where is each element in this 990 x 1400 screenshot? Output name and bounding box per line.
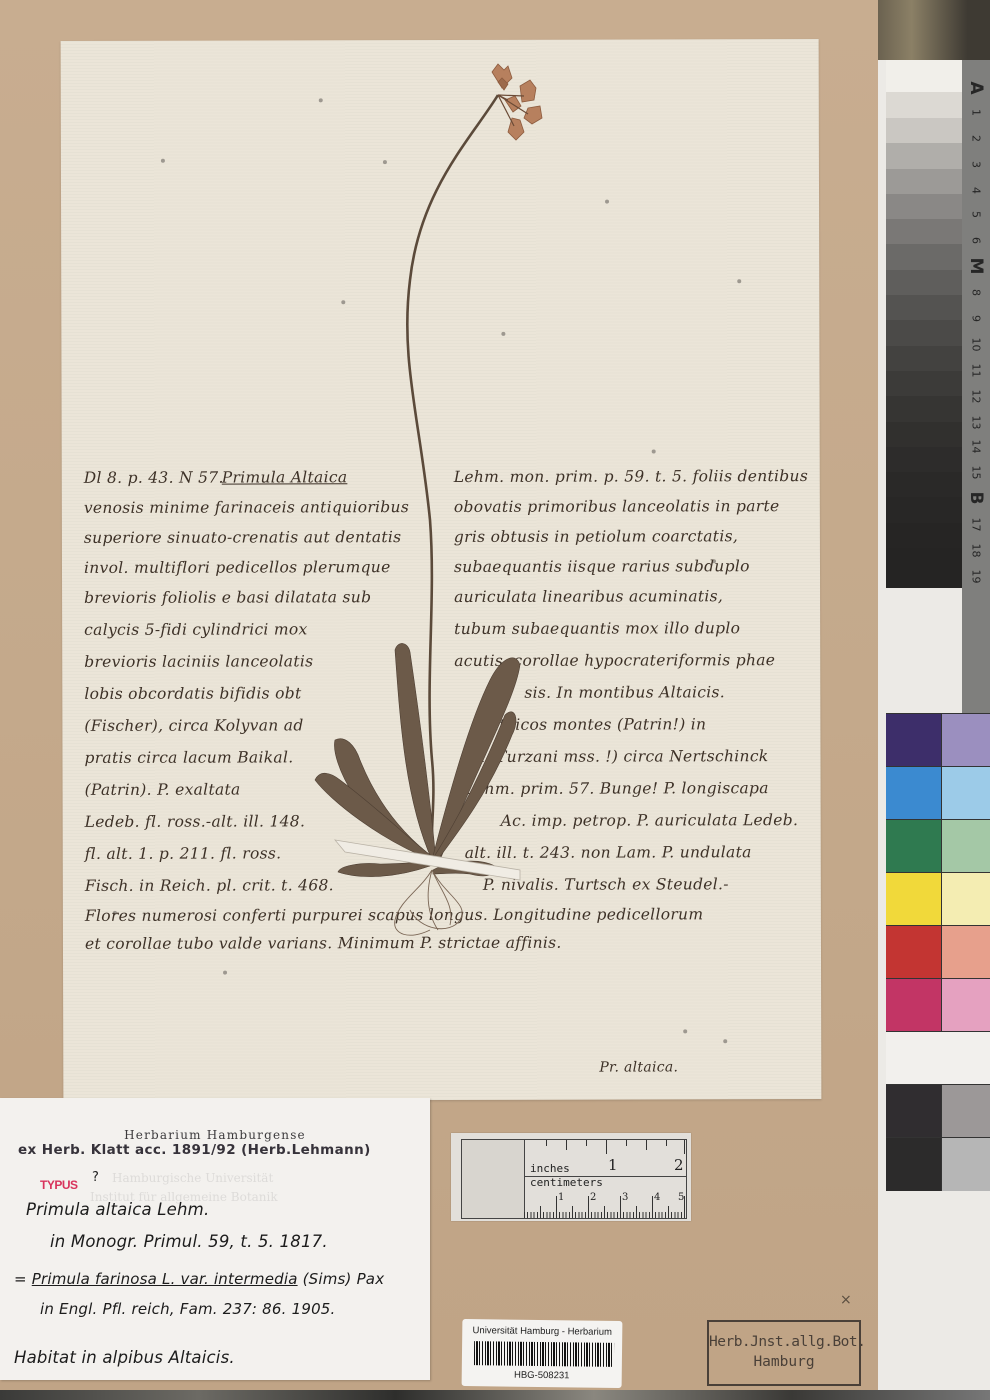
speck [341, 300, 345, 304]
handwritten-line: Dl 8. p. 43. N 57. [84, 469, 224, 487]
color-calibration-chart: A 1 2 3 4 5 6 M 8 9 10 11 12 13 14 15 B … [878, 60, 990, 1390]
handwritten-line: invol. multiflori pedicellos plerumque [84, 558, 391, 577]
handwritten-line: subaequantis iisque rarius subduplo [454, 557, 750, 576]
habitat-line: Habitat in alpibus Altaicis. [14, 1348, 235, 1367]
taxon-annotation: Pr. altaica. [599, 1059, 678, 1075]
handwritten-line: Fisch. in Reich. pl. crit. t. 468. [85, 876, 334, 895]
stamp-line-1: Herb.Jnst.allg.Bot. [709, 1332, 859, 1352]
scale-label: 11 [970, 357, 983, 385]
grey-patch [886, 169, 962, 194]
grey-patch [886, 497, 962, 522]
type-stamp: TYPUS [40, 1178, 78, 1192]
grey-patch [886, 60, 962, 92]
handwritten-line: P. nivalis. Turtsch ex Steudel.- [483, 875, 729, 894]
speck [652, 449, 656, 453]
inch-mark: 2 [674, 1156, 684, 1174]
handwritten-line: Ledeb. fl. ross.-alt. ill. 148. [85, 812, 306, 831]
herbarium-label: Herbarium Hamburgense ex Herb. Klatt acc… [0, 1098, 430, 1380]
handwritten-publication: in Monogr. Primul. 59, t. 5. 1817. [50, 1232, 328, 1251]
cm-mark: 1 [558, 1192, 564, 1203]
speck [683, 1029, 687, 1033]
cm-mark: 4 [654, 1192, 660, 1203]
handwritten-line: alt. ill. t. 243. non Lam. P. undulata [465, 843, 752, 862]
handwritten-line: venosis minime farinaceis antiquioribus [84, 498, 409, 517]
handwritten-line: (el. Turzani mss. !) circa Nertschinck [464, 747, 768, 766]
speck [223, 971, 227, 975]
handwritten-line: Flores numerosi conferti purpurei scapus… [85, 905, 703, 925]
synonym-name: Primula farinosa L. var. intermedia [32, 1270, 298, 1288]
handwritten-line: obovatis primoribus lanceolatis in parte [454, 497, 780, 516]
handwritten-line: et corollae tubo valde varians. Minimum … [85, 934, 562, 953]
handwritten-line: superiore sinuato-crenatis aut dentatis [84, 528, 402, 547]
color-patch-yellow [886, 872, 990, 926]
scale-label: 5 [970, 201, 983, 229]
color-patch-red [886, 925, 990, 979]
measurement-ruler: inches centimeters 1 2 1 2 3 4 5 [451, 1133, 691, 1221]
scale-label: 15 [970, 459, 983, 487]
handwritten-taxon-title: Primula Altaica [222, 468, 348, 486]
scale-label: 3 [970, 151, 983, 179]
scale-label: 1 [970, 99, 983, 127]
synonym-author: (Sims) Pax [303, 1270, 385, 1288]
barcode-institution: Universität Hamburg - Herbarium [462, 1325, 622, 1338]
grey-patch [886, 92, 962, 118]
speck [501, 332, 505, 336]
scale-label: 12 [970, 383, 983, 411]
faded-stamp-line: Hamburgische Universität [112, 1171, 273, 1185]
grey-patch [886, 548, 962, 588]
cm-mark: 3 [622, 1192, 628, 1203]
grey-patch [886, 396, 962, 421]
handwritten-line: gris obtusis in petiolum coarctatis, [454, 527, 738, 546]
color-patch-blue [886, 766, 990, 820]
scale-label: B [966, 484, 986, 512]
scale-label: 8 [970, 279, 983, 307]
grey-patch [886, 244, 962, 269]
institution-name: Herbarium Hamburgense [0, 1128, 430, 1142]
cm-mark: 2 [590, 1192, 596, 1203]
scanner-bottom-edge [0, 1390, 990, 1400]
scale-label: 10 [970, 331, 983, 359]
inch-mark: 1 [608, 1156, 618, 1174]
ruler-frame: inches centimeters 1 2 1 2 3 4 5 [461, 1139, 687, 1219]
handwritten-line: Lehm. prim. 57. Bunge! P. longiscapa [465, 779, 769, 798]
handwritten-line: sis. In montibus Altaicis. [524, 683, 725, 702]
institute-stamp: Herb.Jnst.allg.Bot. Hamburg [707, 1320, 861, 1386]
handwritten-line: Ac. imp. petrop. P. auriculata Ledeb. [501, 811, 799, 830]
grey-patch [886, 219, 962, 244]
handwritten-line: brevioris foliolis e basi dilatata sub [84, 588, 371, 607]
handwritten-line: calycis 5-fidi cylindrici mox [84, 620, 307, 639]
color-patch-purple [886, 713, 990, 767]
specimen-sheet: Dl 8. p. 43. N 57. Primula Altaica venos… [61, 39, 822, 1101]
speck [737, 279, 741, 283]
barcode-icon [474, 1341, 614, 1367]
color-patch-white [886, 1031, 990, 1085]
scale-label: M [966, 252, 986, 280]
grey-patch [886, 143, 962, 168]
handwritten-line: (Fischer), circa Kolyvan ad [84, 716, 303, 735]
grey-scale-labels: A 1 2 3 4 5 6 M 8 9 10 11 12 13 14 15 B … [962, 60, 990, 715]
centimeters-label: centimeters [530, 1176, 603, 1189]
handwritten-line: (Patrin). P. exaltata [85, 781, 241, 799]
speck [319, 98, 323, 102]
type-query-mark: ? [92, 1170, 99, 1185]
speck [383, 160, 387, 164]
handwritten-line: Lehm. mon. prim. p. 59. t. 5. foliis den… [454, 467, 808, 486]
scale-label: 14 [970, 433, 983, 461]
grey-patch [886, 118, 962, 143]
scale-label: 19 [970, 563, 983, 591]
ruler-blank-area [462, 1140, 525, 1218]
grey-patch [886, 320, 962, 345]
stamp-line-2: Hamburg [709, 1352, 859, 1372]
speck [723, 1039, 727, 1043]
color-patch-magenta [886, 978, 990, 1032]
handwritten-synonym: = Primula farinosa L. var. intermedia (S… [14, 1270, 384, 1288]
handwritten-line: brevioris laciniis lanceolatis [84, 652, 313, 671]
barcode-label: Universität Hamburg - Herbarium HBG-5082… [462, 1319, 623, 1388]
barcode-id: HBG-508231 [462, 1369, 622, 1382]
handwritten-name: Primula altaica Lehm. [26, 1200, 209, 1219]
handwritten-line: auriculata linearibus acuminatis, [454, 587, 723, 606]
color-patch-green [886, 819, 990, 873]
handwritten-line: tubum subaequantis mox illo duplo [454, 619, 740, 638]
color-patch-black [886, 1137, 990, 1191]
scale-label: 17 [970, 511, 983, 539]
grey-patch [886, 371, 962, 396]
scanner-edge [878, 0, 990, 60]
speck [161, 159, 165, 163]
handwritten-line: fl. alt. 1. p. 211. fl. ross. [85, 844, 282, 863]
grey-patch [886, 346, 962, 371]
scale-label: 18 [970, 537, 983, 565]
grey-patch [886, 194, 962, 219]
scale-label: 6 [970, 227, 983, 255]
provenance-line: ex Herb. Klatt acc. 1891/92 (Herb.Lehman… [18, 1142, 371, 1158]
grey-patch [886, 472, 962, 497]
speck [605, 200, 609, 204]
color-patch-dark-grey [886, 1084, 990, 1138]
scale-label: 9 [970, 305, 983, 333]
handwritten-line: Altaicos montes (Patrin!) in [482, 715, 706, 734]
synonym-publication: in Engl. Pfl. reich, Fam. 237: 86. 1905. [40, 1300, 336, 1318]
inches-label: inches [530, 1162, 570, 1175]
grey-patch [886, 447, 962, 472]
pencil-cross-mark: × [840, 1292, 852, 1308]
grey-patch [886, 270, 962, 295]
grey-patch [886, 523, 962, 548]
handwritten-line: lobis obcordatis bifidis obt [84, 684, 301, 703]
handwritten-line: pratis circa lacum Baikal. [84, 748, 293, 767]
handwritten-line: acutis, corollae hypocrateriformis phae [454, 651, 775, 670]
scale-label: 2 [970, 125, 983, 153]
grey-patch [886, 422, 962, 447]
synonym-prefix: = [14, 1270, 27, 1288]
grey-patch [886, 295, 962, 320]
grey-scale [886, 60, 962, 588]
